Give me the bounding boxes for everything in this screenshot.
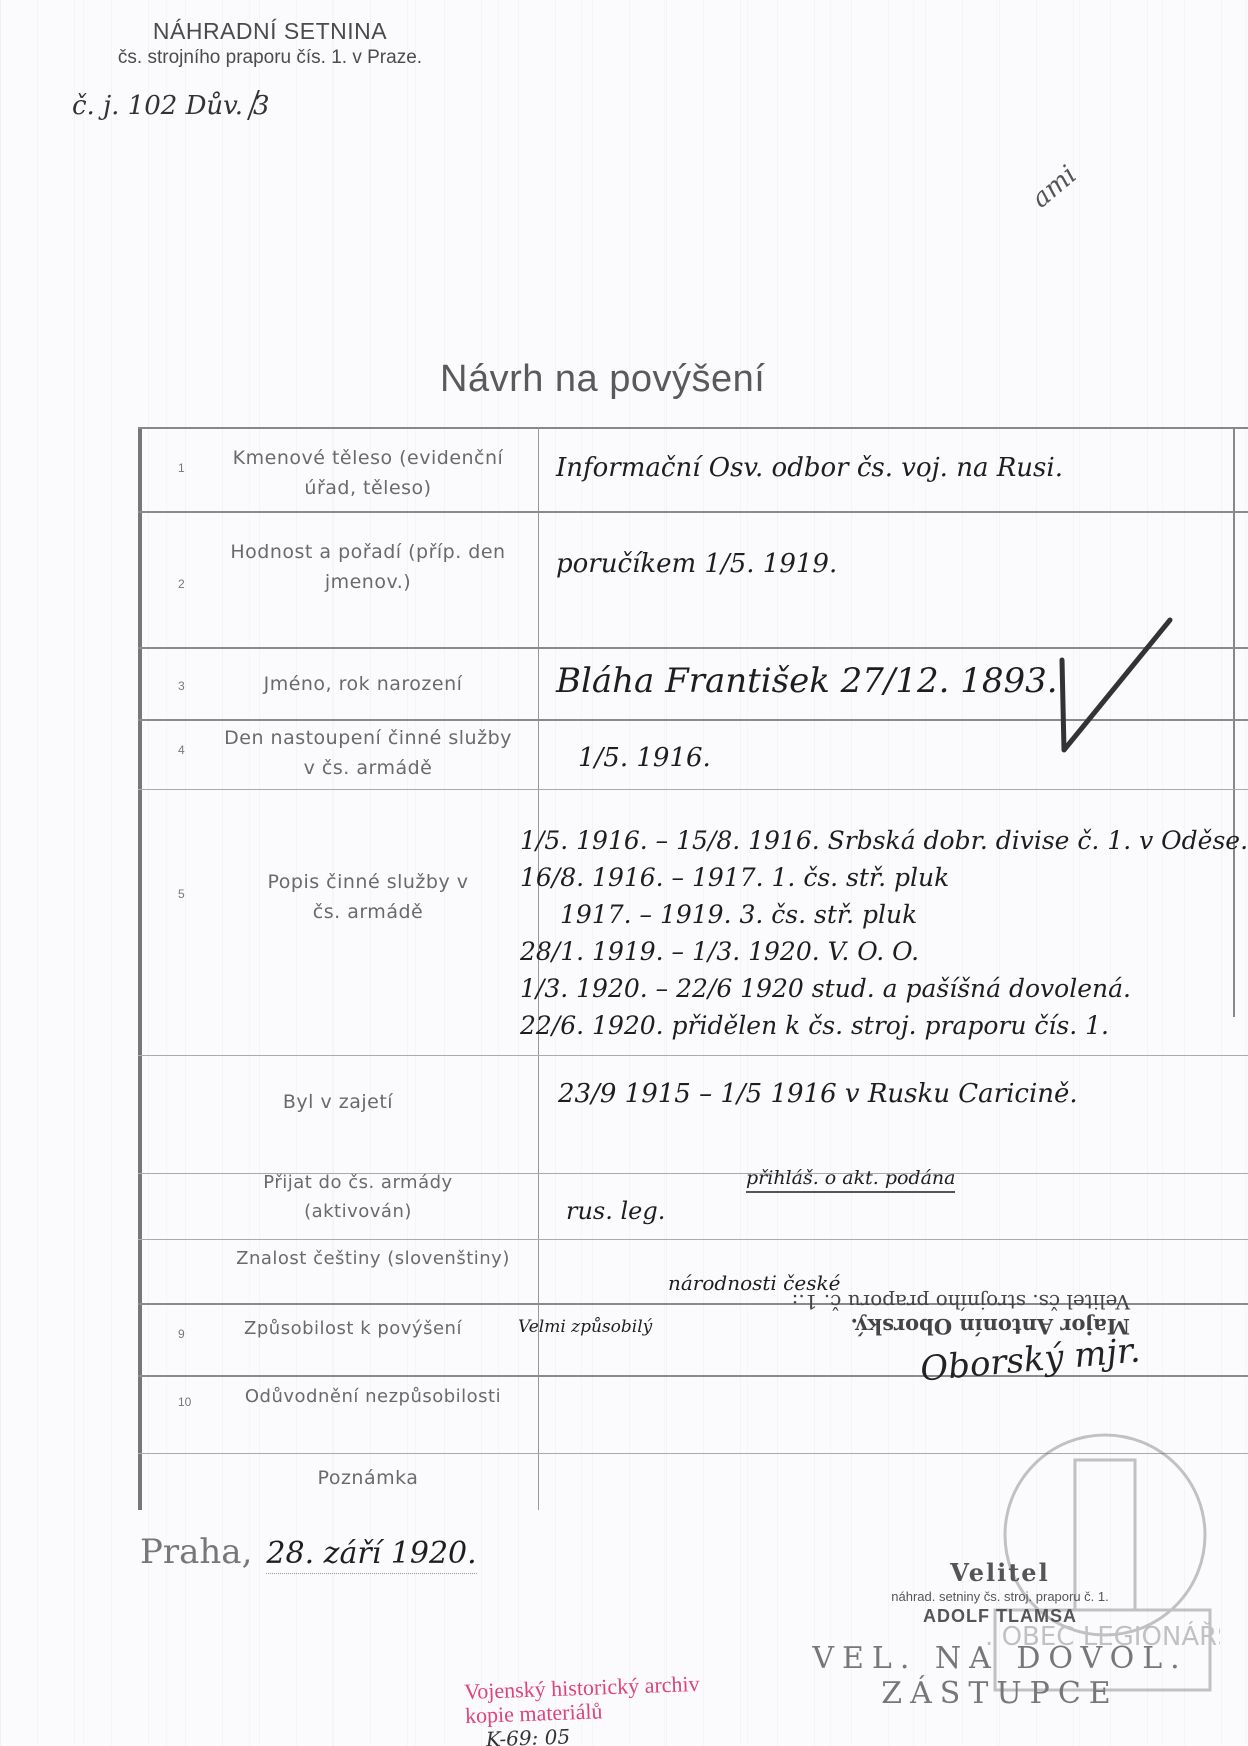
header-stamp-line1: NÁHRADNÍ SETNINA: [55, 18, 485, 45]
service-entry: 16/8. 1916. – 1917. 1. čs. stř. pluk: [520, 859, 1248, 896]
row-label: Jméno, rok narození: [198, 669, 528, 699]
row-divider: [138, 1239, 1248, 1240]
header-stamp: NÁHRADNÍ SETNINA čs. strojního praporu č…: [55, 18, 485, 69]
service-entry: 1/3. 1920. – 22/6 1920 stud. a pašíšná d…: [520, 970, 1248, 1007]
reference-prefix: č. j. 102 Dův.: [72, 91, 243, 121]
checkmark-icon: [1050, 610, 1180, 760]
row-value: Bláha František 27/12. 1893.: [556, 661, 1058, 701]
row-label: Způsobilost k povýšení: [208, 1315, 498, 1344]
row-value: 23/9 1915 – 1/5 1916 v Rusku Caricině.: [558, 1079, 1078, 1109]
row-number: 1: [178, 461, 185, 475]
row-number: 3: [178, 679, 185, 693]
row-label: Popis činné služby v čs. armádě: [258, 867, 478, 928]
row-label: Přijat do čs. armády (aktivován): [218, 1169, 498, 1227]
commander-title: Velitel: [790, 1558, 1210, 1587]
row-divider: [138, 789, 1248, 790]
row-note: přihláš. o akt. podána: [746, 1167, 955, 1193]
row-label: Znalost češtiny (slovenštiny): [208, 1245, 538, 1274]
row-divider: [138, 511, 1248, 513]
service-entry: 28/1. 1919. – 1/3. 1920. V. O. O.: [520, 933, 1248, 970]
place-and-date: Praha,28. září 1920.: [140, 1532, 477, 1572]
battalion-commander-title: Velitel čs. strojního praporu č. 1.:: [770, 1290, 1130, 1314]
commander-line-b: ZÁSTUPCE: [790, 1676, 1210, 1711]
form-frame-left: [138, 427, 142, 1510]
row-value: rus. leg.: [566, 1197, 665, 1225]
header-stamp-line2: čs. strojního praporu čís. 1. v Praze.: [55, 47, 485, 69]
row-label: Den nastoupení činné služby v čs. armádě: [218, 723, 518, 784]
commander-line-a: VEL. NA DOVOL.: [790, 1641, 1210, 1676]
row-value: 1/5. 1916.: [578, 743, 711, 773]
row-label: Odůvodnění nezpůsobilosti: [208, 1383, 538, 1412]
row-number: 5: [178, 887, 185, 901]
place: Praha,: [140, 1532, 252, 1572]
commander-unit: náhrad. setniny čs. stroj. praporu č. 1.: [790, 1589, 1210, 1604]
row-label: Byl v zajetí: [238, 1087, 438, 1117]
row-divider: [138, 1055, 1248, 1056]
row-number: 9: [178, 1327, 185, 1341]
row-value: poručíkem 1/5. 1919.: [556, 549, 837, 579]
battalion-commander-stamp: Major Antonín Oborský. Velitel čs. stroj…: [770, 1290, 1130, 1339]
document-title: Návrh na povýšení: [440, 358, 765, 401]
service-entry: 1917. – 1919. 3. čs. stř. pluk: [520, 896, 1248, 933]
service-entry: 22/6. 1920. přidělen k čs. stroj. prapor…: [520, 1007, 1248, 1044]
row-label: Poznámka: [268, 1463, 468, 1493]
service-entry: 1/5. 1916. – 15/8. 1916. Srbská dobr. di…: [520, 822, 1248, 859]
archive-stamp: Vojenský historický archiv kopie materiá…: [464, 1672, 702, 1746]
row-label: Hodnost a pořadí (příp. den jmenov.): [228, 537, 508, 598]
row-label: Kmenové těleso (evidenční úřad, těleso): [218, 443, 518, 504]
row-value: Informační Osv. odbor čs. voj. na Rusi.: [556, 453, 1063, 483]
date: 28. září 1920.: [266, 1536, 476, 1574]
commander-name: ADOLF TLAMSA: [790, 1606, 1210, 1627]
form-top-line: [138, 427, 1248, 429]
corner-annotation: ami: [1026, 160, 1082, 214]
row-number: 10: [178, 1395, 191, 1409]
company-commander-stamp: Velitel náhrad. setniny čs. stroj. prapo…: [790, 1558, 1210, 1711]
row-number: 4: [178, 743, 185, 757]
row-number: 2: [178, 577, 185, 591]
row-value: Velmi způsobilý: [518, 1317, 652, 1337]
reference-number: č. j. 102 Dův.3: [72, 90, 270, 121]
archive-code: K-69: 05: [485, 1724, 570, 1746]
service-history: 1/5. 1916. – 15/8. 1916. Srbská dobr. di…: [520, 822, 1248, 1044]
